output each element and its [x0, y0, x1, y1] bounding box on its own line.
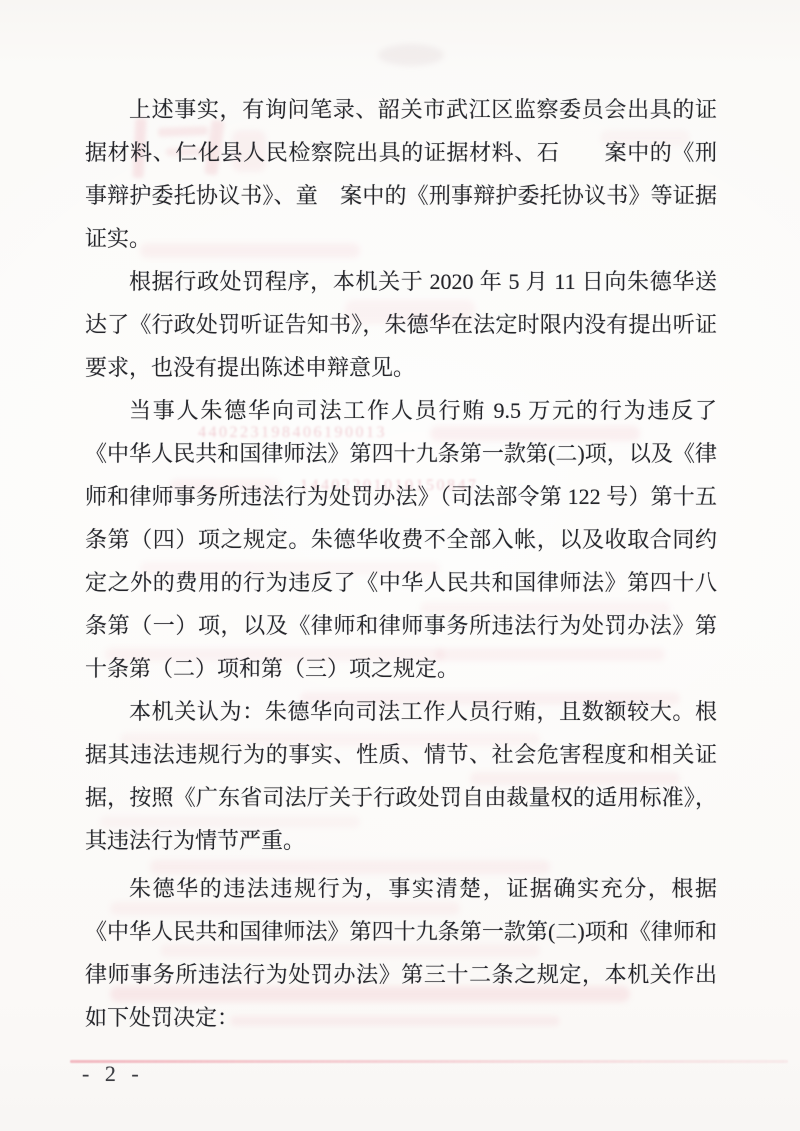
paragraph-agency-opinion: 本机关认为：朱德华向司法工作人员行贿，且数额较大。根据其违法违规行为的事实、性质… [85, 690, 717, 862]
document-body: 上述事实，有询问笔录、韶关市武江区监察委员会出具的证据材料、仁化县人民检察院出具… [85, 88, 717, 1039]
scanned-document-page: 440223198406190013 14402201010150847 上述事… [0, 0, 800, 1131]
paragraph-evidence-summary: 上述事实，有询问笔录、韶关市武江区监察委员会出具的证据材料、仁化县人民检察院出具… [85, 88, 717, 260]
bleedthrough-rule-line [70, 1060, 788, 1063]
paragraph-hearing-notice: 根据行政处罚程序，本机关于 2020 年 5 月 11 日向朱德华送达了《行政处… [85, 260, 717, 389]
page-number: - 2 - [82, 1061, 144, 1087]
paragraph-violated-provisions: 当事人朱德华向司法工作人员行贿 9.5 万元的行为违反了《中华人民共和国律师法》… [85, 389, 717, 690]
paragraph-decision-basis: 朱德华的违法违规行为，事实清楚，证据确实充分，根据《中华人民共和国律师法》第四十… [85, 867, 717, 1039]
toner-smudge [378, 44, 444, 66]
